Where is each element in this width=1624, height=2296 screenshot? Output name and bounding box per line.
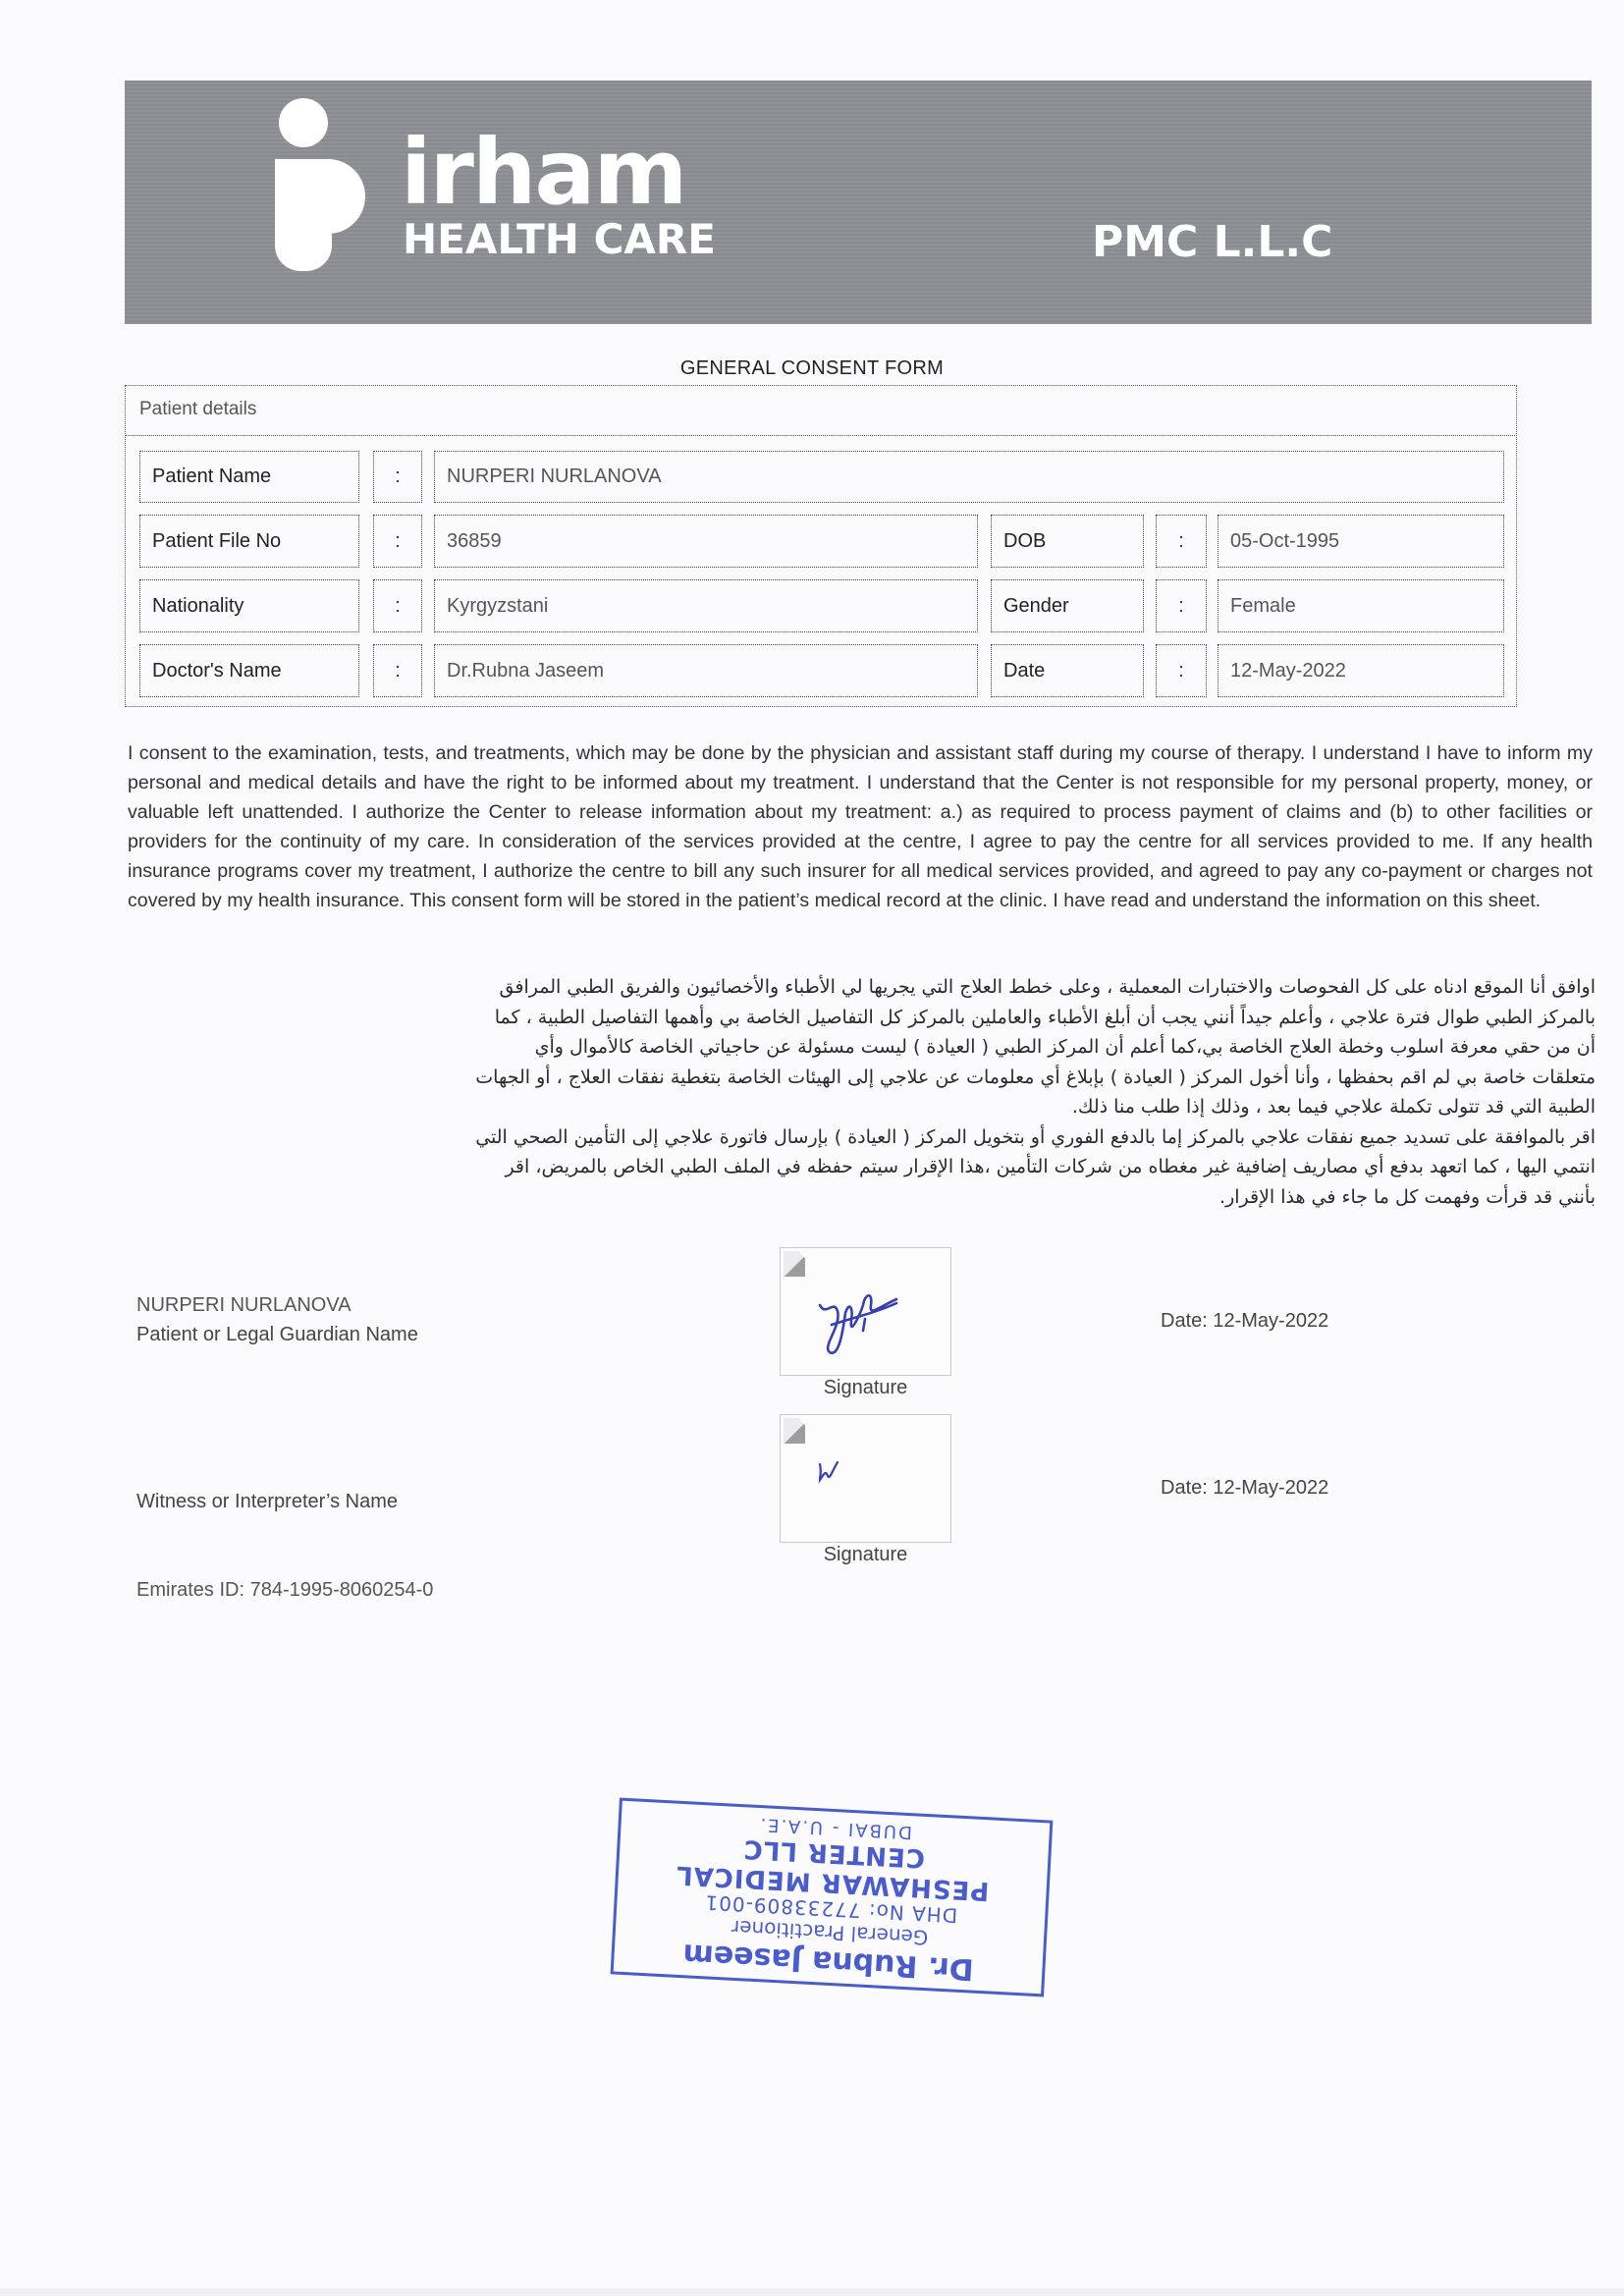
- irham-logo-icon: [275, 98, 338, 271]
- patient-name-value: NURPERI NURLANOVA: [434, 451, 1504, 503]
- colon: :: [373, 644, 422, 697]
- patient-signature-scribble-icon: [781, 1248, 952, 1377]
- date-label: Date: [991, 644, 1144, 697]
- nationality-value: Kyrgyzstani: [434, 579, 978, 632]
- patient-name-label: Patient Name: [139, 451, 359, 503]
- patient-file-no-label: Patient File No: [139, 515, 359, 568]
- patient-details-label: Patient details: [139, 399, 256, 420]
- emirates-id: Emirates ID: 784-1995-8060254-0: [136, 1579, 433, 1602]
- patient-signature-caption: Signature: [780, 1377, 951, 1399]
- gender-label: Gender: [991, 579, 1144, 632]
- brand-subtitle: HEALTH CARE: [403, 218, 716, 261]
- colon: :: [1156, 579, 1207, 632]
- scan-edge: [0, 2288, 1624, 2296]
- doctor-stamp: Dr. Rubna Jaseem General Practitioner DH…: [611, 1798, 1054, 1997]
- patient-signature-date: Date: 12-May-2022: [1161, 1310, 1328, 1333]
- colon: :: [373, 579, 422, 632]
- colon: :: [373, 451, 422, 503]
- form-title: GENERAL CONSENT FORM: [0, 357, 1624, 380]
- brand-name: irham: [401, 128, 685, 218]
- doctor-name-label: Doctor's Name: [139, 644, 359, 697]
- witness-signature-date: Date: 12-May-2022: [1161, 1477, 1328, 1500]
- consent-arabic-paragraph-2: اقر بالموافقة على تسديد جميع نفقات علاجي…: [471, 1122, 1596, 1213]
- patient-signature-box: [780, 1247, 951, 1376]
- patient-details-header: [125, 385, 1517, 436]
- colon: :: [1156, 644, 1207, 697]
- nationality-label: Nationality: [139, 579, 359, 632]
- dob-value: 05-Oct-1995: [1218, 515, 1504, 568]
- consent-text-arabic: اوافق أنا الموقع ادناه على كل الفحوصات و…: [471, 972, 1596, 1212]
- gender-value: Female: [1218, 579, 1504, 632]
- colon: :: [1156, 515, 1207, 568]
- consent-arabic-paragraph-1: اوافق أنا الموقع ادناه على كل الفحوصات و…: [471, 972, 1596, 1122]
- witness-signature-scribble-icon: [781, 1415, 952, 1544]
- company-name: PMC L.L.C: [1092, 220, 1332, 265]
- doctor-name-value: Dr.Rubna Jaseem: [434, 644, 978, 697]
- stamp-center-name: PESHAWAR MEDICAL CENTER LLC: [618, 1828, 1049, 1909]
- dob-label: DOB: [991, 515, 1144, 568]
- patient-file-no-value: 36859: [434, 515, 978, 568]
- date-value: 12-May-2022: [1218, 644, 1504, 697]
- witness-signature-caption: Signature: [780, 1544, 951, 1566]
- colon: :: [373, 515, 422, 568]
- witness-signatory-role: Witness or Interpreter’s Name: [136, 1491, 398, 1513]
- patient-signatory-name: NURPERI NURLANOVA: [136, 1294, 352, 1317]
- consent-text-english: I consent to the examination, tests, and…: [128, 738, 1593, 915]
- witness-signature-box: [780, 1414, 951, 1543]
- patient-signatory-role: Patient or Legal Guardian Name: [136, 1324, 418, 1346]
